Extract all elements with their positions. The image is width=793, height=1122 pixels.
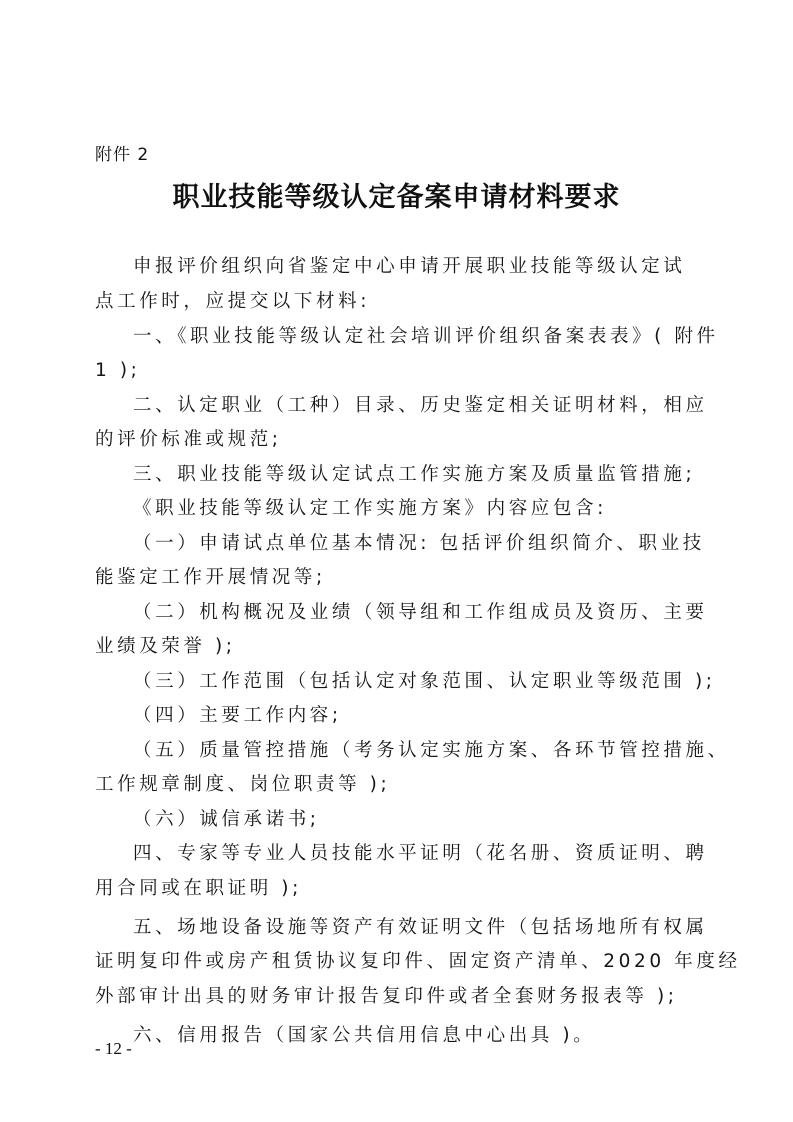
paragraph-line: 能鉴定工作开展情况等; — [95, 563, 326, 593]
paragraph-line: 证明复印件或房产租赁协议复印件、固定资产清单、2020 年度经 — [95, 947, 741, 977]
paragraph-line: 四、专家等专业人员技能水平证明（花名册、资质证明、聘 — [133, 839, 708, 869]
paragraph-line: 六、信用报告（国家公共信用信息中心出具 )。 — [133, 1021, 595, 1051]
paragraph-line: 业绩及荣誉 ); — [95, 632, 236, 662]
paragraph-line: 用合同或在职证明 ); — [95, 874, 302, 904]
paragraph-line: （二）机构概况及业绩（领导组和工作组成员及资历、主要 — [133, 598, 708, 628]
paragraph-line: 1 ); — [95, 356, 141, 386]
paragraph-line: 《职业技能等级认定工作实施方案》内容应包含: — [133, 494, 607, 524]
paragraph-line: 五、场地设备设施等资产有效证明文件（包括场地所有权属 — [133, 913, 708, 943]
paragraph-line: 点工作时，应提交以下材料: — [95, 287, 370, 317]
paragraph-line: 工作规章制度、岗位职责等 ); — [95, 770, 390, 800]
paragraph-line: 的评价标准或规范; — [95, 425, 282, 455]
document-page: 附件 2 职业技能等级认定备案申请材料要求 申报评价组织向省鉴定中心申请开展职业… — [0, 0, 793, 1122]
page-number: - 12 - — [95, 1037, 132, 1061]
document-title: 职业技能等级认定备案申请材料要求 — [0, 178, 793, 218]
paragraph-line: 三、职业技能等级认定试点工作实施方案及质量监管措施; — [133, 460, 695, 490]
paragraph-line: 一、《职业技能等级认定社会培训评价组织备案表表》( 附件 — [133, 322, 719, 352]
paragraph-line: （三）工作范围（包括认定对象范围、认定职业等级范围 ); — [133, 667, 716, 697]
paragraph-line: 申报评价组织向省鉴定中心申请开展职业技能等级认定试 — [133, 252, 686, 282]
paragraph-line: （六）诚信承诺书; — [133, 805, 320, 835]
paragraph-line: （五）质量管控措施（考务认定实施方案、各环节管控措施、 — [133, 736, 730, 766]
paragraph-line: （一）申请试点单位基本情况: 包括评价组织简介、职业技 — [133, 529, 705, 559]
attachment-label: 附件 2 — [95, 143, 149, 167]
paragraph-line: 二、认定职业（工种）目录、历史鉴定相关证明材料，相应 — [133, 391, 708, 421]
paragraph-line: （四）主要工作内容; — [133, 701, 342, 731]
paragraph-line: 外部审计出具的财务审计报告复印件或者全套财务报表等 ); — [95, 982, 678, 1012]
